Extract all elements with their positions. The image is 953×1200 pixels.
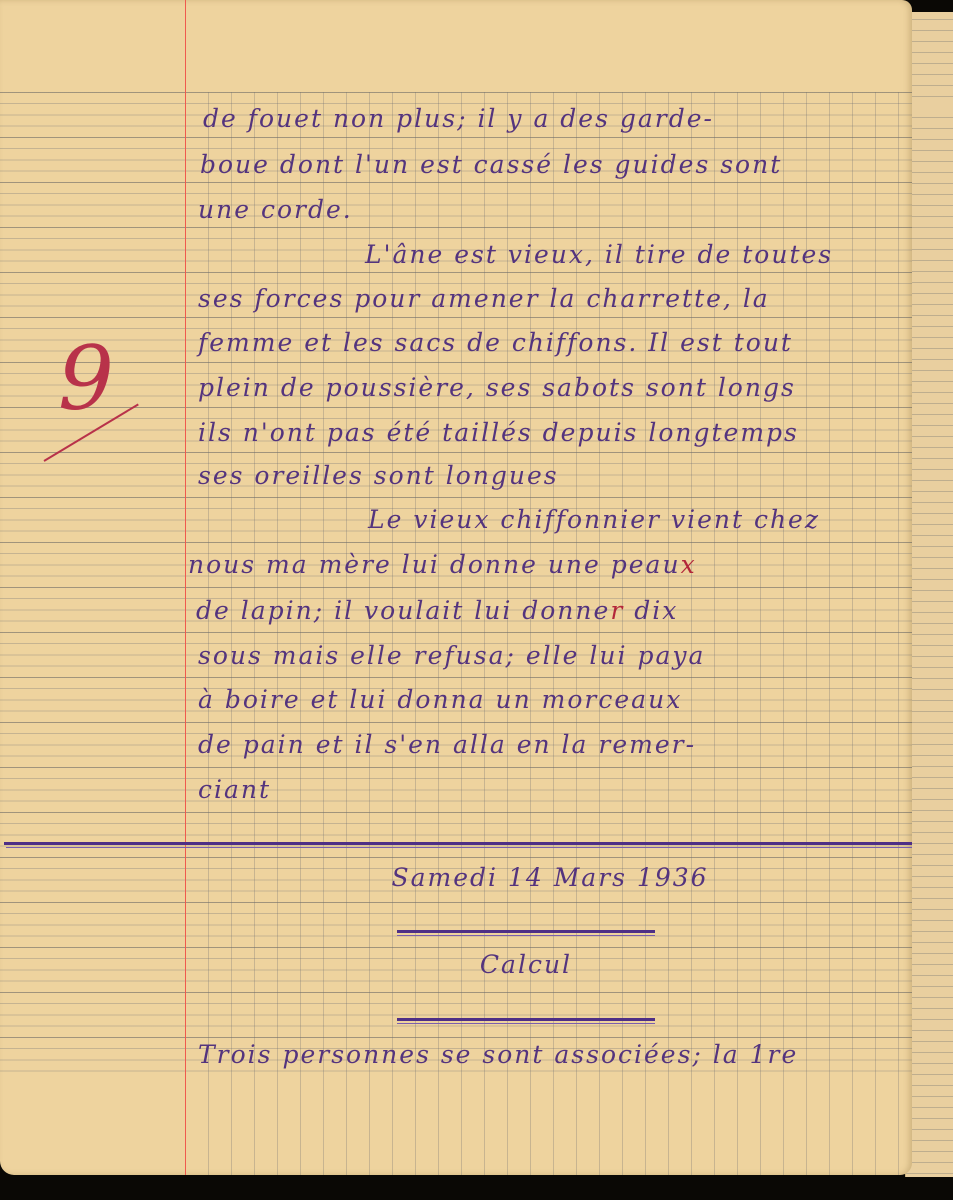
section-divider-thin [6,847,912,848]
text-line: de lapin; il voulait lui donner dix [196,596,678,625]
text-line: ils n'ont pas été taillés depuis longtem… [198,418,799,447]
text-line: ciant [198,775,271,804]
text-line: une corde. [198,195,353,224]
subject-underline-top-thin [397,935,655,936]
subject-underline-top [397,930,655,933]
notebook-page: 9 de fouet non plus; il y a des garde- b… [0,0,912,1175]
text-line: ses oreilles sont longues [198,461,559,490]
section-divider [4,842,912,845]
text-line: boue dont l'un est cassé les guides sont [200,150,782,179]
text-line: L'âne est vieux, il tire de toutes [365,240,833,269]
subject-heading: Calcul [397,950,655,979]
correction-mark: x [681,550,697,579]
text-line: Le vieux chiffonnier vient chez [368,505,820,534]
date-heading: Samedi 14 Mars 1936 [300,863,800,892]
subject-underline-bottom [397,1018,655,1021]
correction-mark: r [610,596,624,625]
text-line: de pain et il s'en alla en la remer- [198,730,696,759]
text-line: plein de poussière, ses sabots sont long… [198,373,796,402]
text-line: à boire et lui donna un morceaux [198,685,682,714]
dictation-text: de fouet non plus; il y a des garde- bou… [0,0,912,830]
text-line: de fouet non plus; il y a des garde- [203,104,714,133]
problem-first-line: Trois personnes se sont associées; la 1r… [198,1040,798,1069]
subject-underline-bottom-thin [397,1023,655,1024]
next-page-edge [905,12,953,1177]
text-line: ses forces pour amener la charrette, la [198,284,770,313]
text-line: femme et les sacs de chiffons. Il est to… [198,328,793,357]
text-line: nous ma mère lui donne une peaux [188,550,697,579]
text-line: sous mais elle refusa; elle lui paya [198,641,705,670]
